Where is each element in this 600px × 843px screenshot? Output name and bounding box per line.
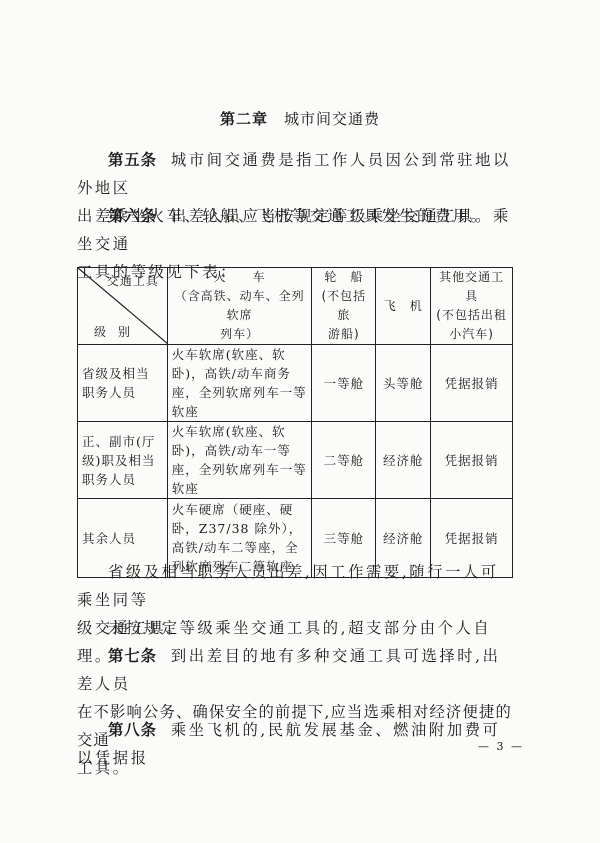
article-label: 第六条 — [108, 207, 157, 225]
page-number: — 3 — — [478, 740, 524, 753]
header-ship-note: (不包括旅 — [316, 287, 371, 325]
cell-ship: 一等舱 — [312, 345, 376, 422]
cell-train: 火车软席(软座、软卧)，高铁/动车商务座，全列软席列车一等软座 — [167, 345, 312, 422]
header-train-note: （含高铁、动车、全列软席 — [172, 287, 308, 325]
header-other-note: (不包括出租 — [435, 306, 508, 325]
chapter-heading: 第二章城市间交通费 — [0, 108, 600, 129]
table-row: 正、副市(厅级)职及相当职务人员 火车软席(软座、软卧)，高铁/动车一等座，全列… — [78, 422, 513, 499]
corner-top-label: 交通工具 — [107, 272, 159, 291]
transport-grade-table: 交通工具 级 别 火 车 （含高铁、动车、全列软席 列车） 轮 船 (不包括旅 … — [77, 267, 513, 578]
article-label: 第七条 — [108, 647, 157, 665]
header-plane: 飞 机 — [376, 268, 431, 345]
cell-train: 火车软席(软座、软卧)，高铁/动车一等座，全列软席列车一等软座 — [167, 422, 312, 499]
chapter-title: 城市间交通费 — [284, 110, 380, 128]
cell-other: 凭据报销 — [431, 345, 513, 422]
table-header-row: 交通工具 级 别 火 车 （含高铁、动车、全列软席 列车） 轮 船 (不包括旅 … — [78, 268, 513, 345]
header-train-note-2: 列车） — [172, 325, 308, 344]
header-ship: 轮 船 (不包括旅 游船) — [312, 268, 376, 345]
header-other-title: 其他交通工具 — [435, 268, 508, 306]
cell-ship: 二等舱 — [312, 422, 376, 499]
cell-other: 凭据报销 — [431, 422, 513, 499]
document-page: 第二章城市间交通费 第五条城市间交通费是指工作人员因公到常驻地以外地区 出差乘坐… — [0, 0, 600, 843]
article-8: 第八条乘坐飞机的,民航发展基金、燃油附加费可以凭据报 — [77, 716, 515, 772]
corner-header-cell: 交通工具 级 别 — [78, 268, 168, 345]
cell-level: 正、副市(厅级)职及相当职务人员 — [78, 422, 168, 499]
header-ship-note-2: 游船) — [316, 325, 371, 344]
header-other: 其他交通工具 (不包括出租 小汽车) — [431, 268, 513, 345]
chapter-number: 第二章 — [220, 110, 268, 128]
cell-plane: 经济舱 — [376, 422, 431, 499]
article-label: 第八条 — [108, 721, 157, 739]
table-row: 省级及相当职务人员 火车软席(软座、软卧)，高铁/动车商务座，全列软席列车一等软… — [78, 345, 513, 422]
header-other-note-2: 小汽车) — [435, 325, 508, 344]
header-train-title: 火 车 — [172, 268, 308, 287]
article-label: 第五条 — [108, 151, 157, 169]
paragraph-text: 省级及相当职务人员出差,因工作需要,随行一人可乘坐同等 — [77, 558, 515, 614]
header-train: 火 车 （含高铁、动车、全列软席 列车） — [167, 268, 312, 345]
corner-bottom-label: 级 别 — [94, 323, 134, 342]
cell-plane: 头等舱 — [376, 345, 431, 422]
cell-level: 省级及相当职务人员 — [78, 345, 168, 422]
header-ship-title: 轮 船 — [316, 268, 371, 287]
